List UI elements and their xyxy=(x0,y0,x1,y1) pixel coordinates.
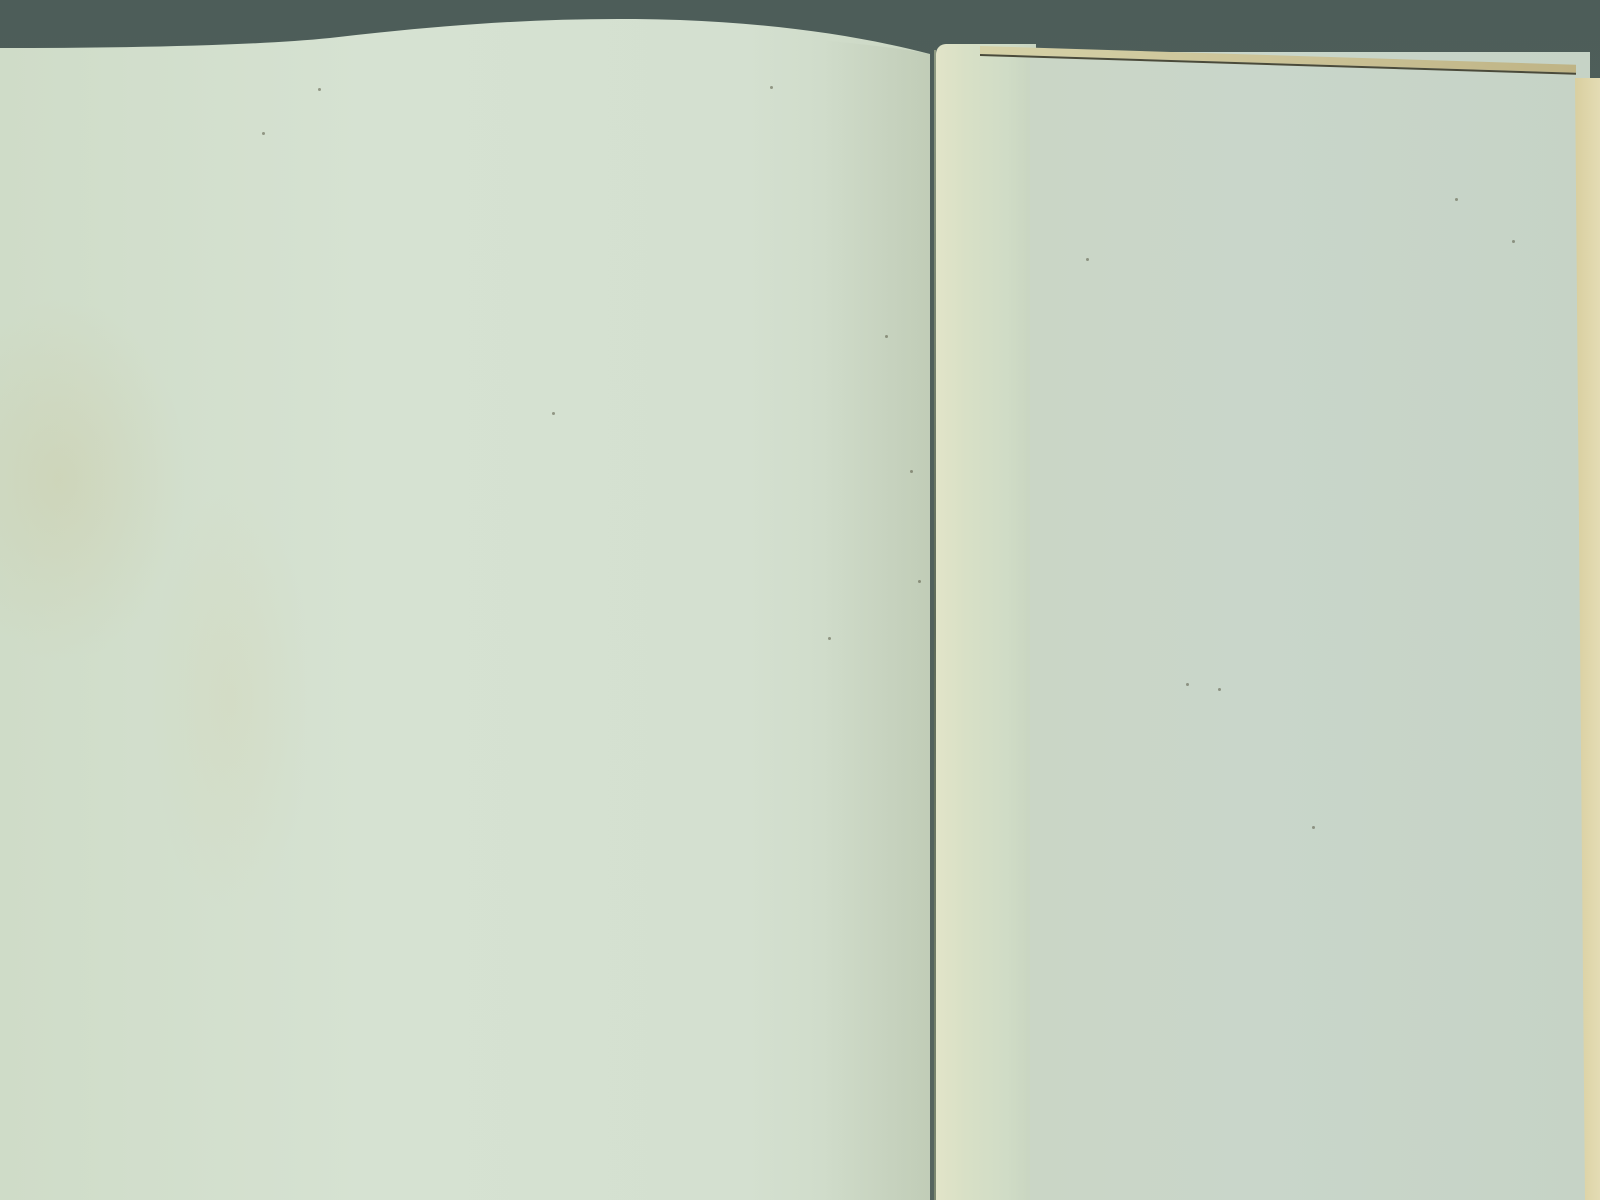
foxing-speck xyxy=(828,637,831,640)
foxing-speck xyxy=(1218,688,1221,691)
foxing-speck xyxy=(1312,826,1315,829)
foxing-speck xyxy=(1186,683,1189,686)
foxing-speck xyxy=(918,580,921,583)
book-photo-scene xyxy=(0,0,1600,1200)
foxing-speck xyxy=(1455,198,1458,201)
foxing-speck xyxy=(770,86,773,89)
foxing-speck xyxy=(262,132,265,135)
right-endpaper xyxy=(1030,52,1590,1200)
left-endpaper xyxy=(0,0,930,1200)
foxing-speck xyxy=(1512,240,1515,243)
book-hinge xyxy=(936,44,1036,1200)
foxing-speck xyxy=(910,470,913,473)
left-page-curve-shadow xyxy=(820,0,930,1200)
foxing-speck xyxy=(318,88,321,91)
gutter-line xyxy=(934,50,936,1200)
foxing-speck xyxy=(1086,258,1089,261)
foxing-speck xyxy=(552,412,555,415)
foxing-speck xyxy=(885,335,888,338)
